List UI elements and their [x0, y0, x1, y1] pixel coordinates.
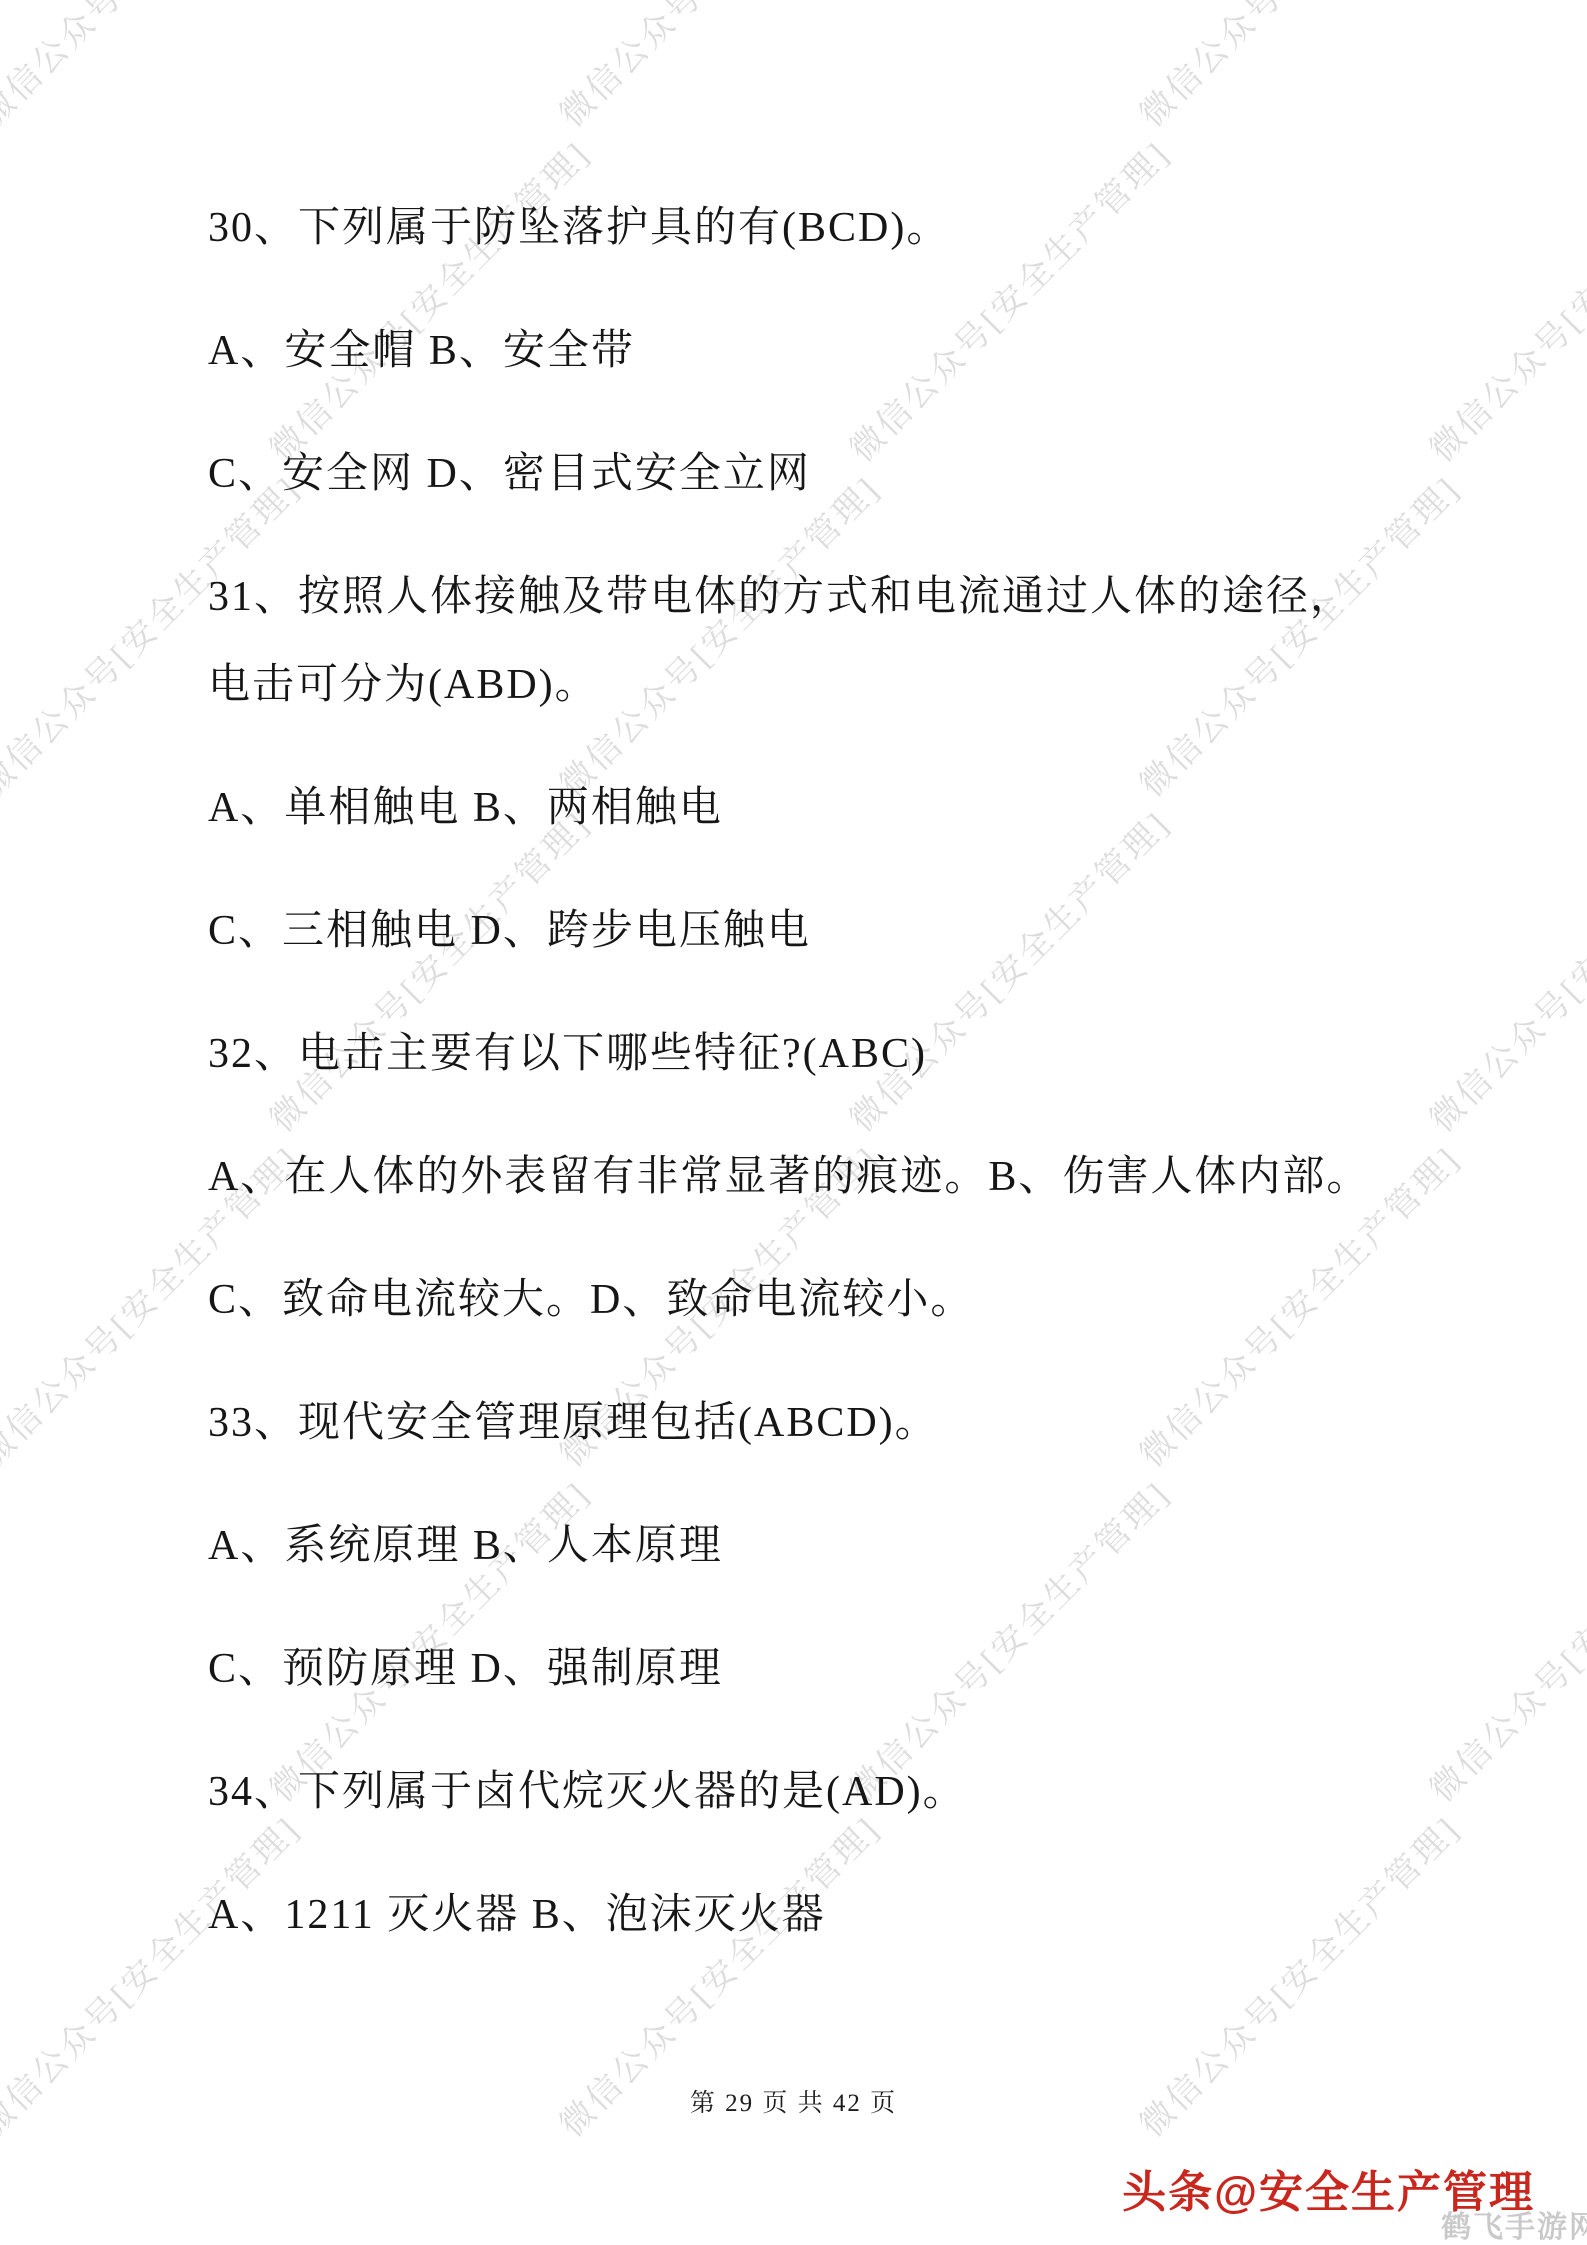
question-30-line-1: 30、下列属于防坠落护具的有(BCD)。 — [208, 205, 1527, 251]
corner-watermark: 鹤飞手游网 — [1441, 2202, 1587, 2245]
question-32-line-1: 32、电击主要有以下哪些特征?(ABC) — [208, 1031, 1527, 1077]
question-31-option-ab: A、单相触电 B、两相触电 — [208, 785, 1527, 831]
watermark-text: 微信公众号[安全生产管理] — [1126, 0, 1469, 136]
question-33-option-cd: C、预防原理 D、强制原理 — [208, 1646, 1527, 1692]
watermark-text: 微信公众号[安全生产管理] — [0, 0, 309, 136]
question-33-option-ab: A、系统原理 B、人本原理 — [208, 1523, 1527, 1569]
question-list: 30、下列属于防坠落护具的有(BCD)。 A、安全帽 B、安全带 C、安全网 D… — [208, 205, 1527, 2015]
question-34-option-ab: A、1211 灭火器 B、泡沫灭火器 — [208, 1892, 1527, 1938]
document-page: 微信公众号[安全生产管理]微信公众号[安全生产管理]微信公众号[安全生产管理]微… — [0, 0, 1587, 2245]
watermark-text: 微信公众号[安全生产管理] — [546, 0, 889, 136]
question-32-option-ab: A、在人体的外表留有非常显著的痕迹。B、伤害人体内部。 — [208, 1154, 1527, 1200]
question-30-option-ab: A、安全帽 B、安全带 — [208, 328, 1527, 374]
question-31-line-2: 电击可分为(ABD)。 — [208, 662, 1527, 708]
question-33-line-1: 33、现代安全管理原理包括(ABCD)。 — [208, 1400, 1527, 1446]
question-30-option-cd: C、安全网 D、密目式安全立网 — [208, 451, 1527, 497]
question-31-line-1: 31、按照人体接触及带电体的方式和电流通过人体的途径， — [208, 574, 1527, 620]
question-32-option-cd: C、致命电流较大。D、致命电流较小。 — [208, 1277, 1527, 1323]
question-34-line-1: 34、下列属于卤代烷灭火器的是(AD)。 — [208, 1769, 1527, 1815]
question-31-option-cd: C、三相触电 D、跨步电压触电 — [208, 908, 1527, 954]
page-footer: 第 29 页 共 42 页 — [0, 2083, 1587, 2119]
